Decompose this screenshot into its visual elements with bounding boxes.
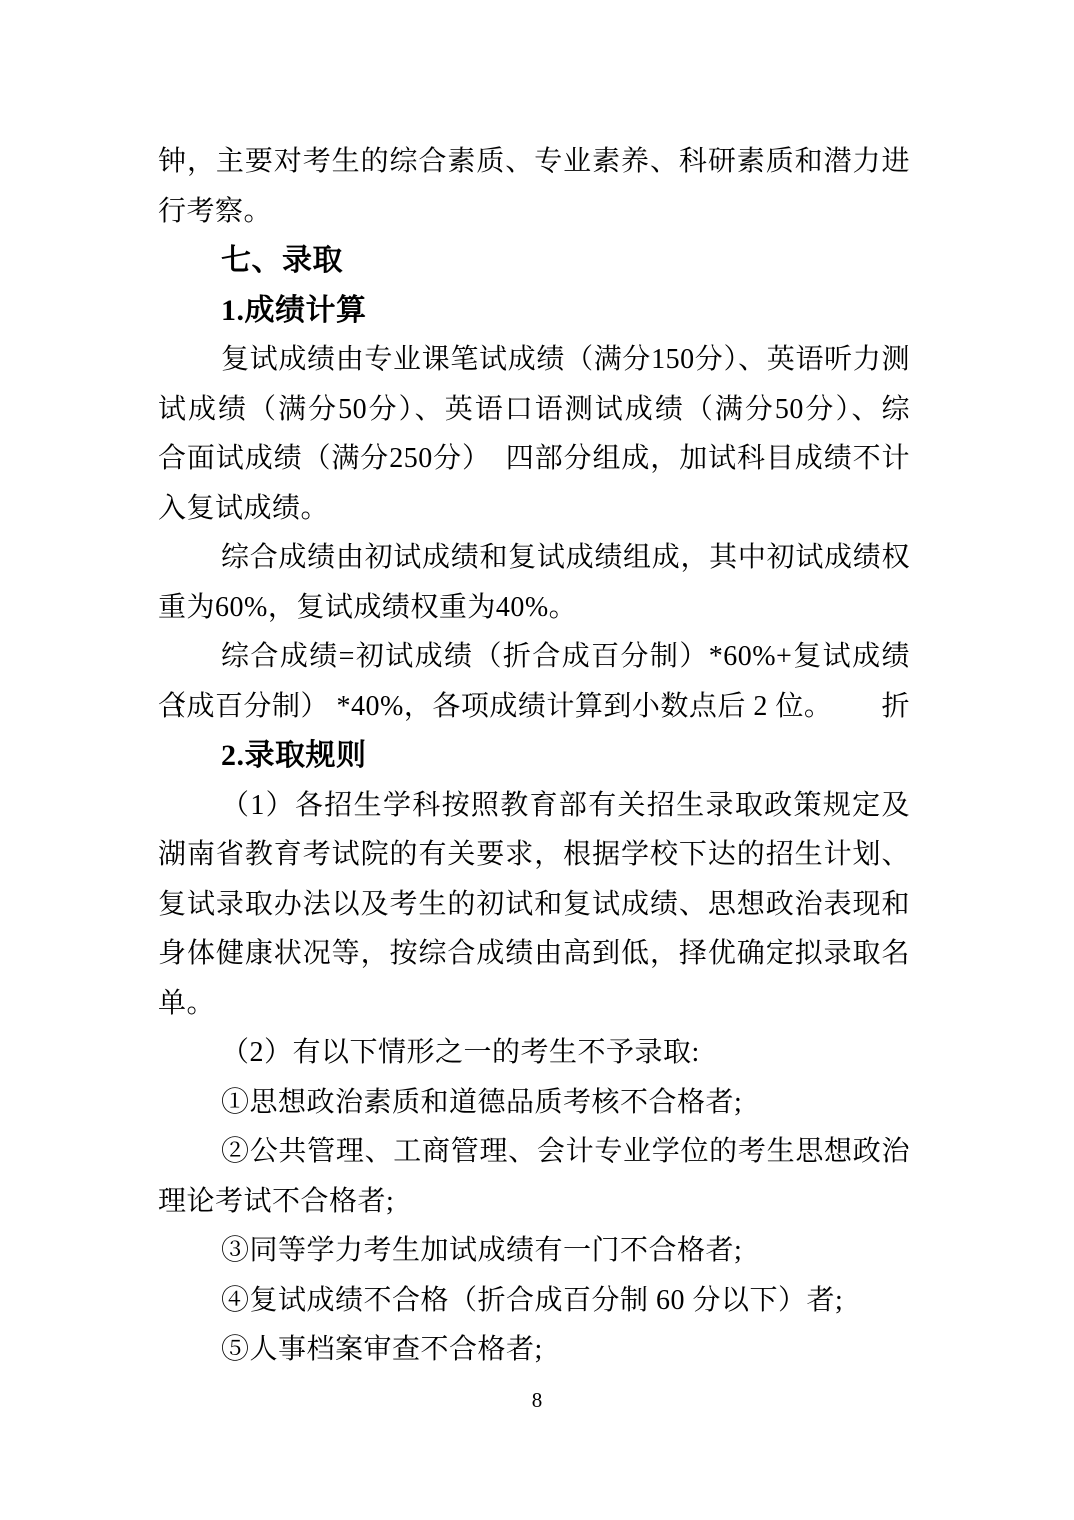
text-line: 综合成绩由初试成绩和复试成绩组成，其中初试成绩权 xyxy=(158,533,910,583)
text-line: 单。 xyxy=(158,979,910,1029)
text-line: 复试成绩由专业课笔试成绩（满分150分）、英语听力测 xyxy=(158,335,910,385)
text-line: 行考察。 xyxy=(158,187,910,237)
text-line: 重为60%，复试成绩权重为40%。 xyxy=(158,583,910,633)
text-line: （2）有以下情形之一的考生不予录取: xyxy=(158,1028,910,1078)
list-item-1: ①思想政治素质和道德品质考核不合格者; xyxy=(158,1078,910,1128)
heading-score-calculation: 1.成绩计算 xyxy=(158,286,910,336)
list-item-2-continued: 理论考试不合格者; xyxy=(158,1177,910,1227)
text-line: 综合成绩=初试成绩（折合成百分制）*60%+复试成绩（折 xyxy=(158,632,910,682)
text-line: 湖南省教育考试院的有关要求，根据学校下达的招生计划、 xyxy=(158,830,910,880)
text-line: 复试录取办法以及考生的初试和复试成绩、思想政治表现和 xyxy=(158,880,910,930)
heading-section-admission: 七、录取 xyxy=(158,236,910,286)
list-item-3: ③同等学力考生加试成绩有一门不合格者; xyxy=(158,1226,910,1276)
text-line: （1）各招生学科按照教育部有关招生录取政策规定及 xyxy=(158,781,910,831)
text-line: 合成百分制） *40%，各项成绩计算到小数点后 2 位。 xyxy=(158,682,910,732)
heading-admission-rules: 2.录取规则 xyxy=(158,731,910,781)
text-line: 入复试成绩。 xyxy=(158,484,910,534)
list-item-4: ④复试成绩不合格（折合成百分制 60 分以下）者; xyxy=(158,1276,910,1326)
list-item-5: ⑤人事档案审查不合格者; xyxy=(158,1325,910,1375)
page-number: 8 xyxy=(0,1386,1074,1414)
text-line: 试成绩（满分50分）、英语口语测试成绩（满分50分）、综 xyxy=(158,385,910,435)
list-item-2: ②公共管理、工商管理、会计专业学位的考生思想政治 xyxy=(158,1127,910,1177)
text-line: 钟，主要对考生的综合素质、专业素养、科研素质和潜力进 xyxy=(158,137,910,187)
document-page: 钟，主要对考生的综合素质、专业素养、科研素质和潜力进 行考察。 七、录取 1.成… xyxy=(0,0,1074,1520)
document-body: 钟，主要对考生的综合素质、专业素养、科研素质和潜力进 行考察。 七、录取 1.成… xyxy=(158,137,910,1375)
text-line: 合面试成绩（满分250分） 四部分组成，加试科目成绩不计 xyxy=(158,434,910,484)
text-line: 身体健康状况等，按综合成绩由高到低，择优确定拟录取名 xyxy=(158,929,910,979)
